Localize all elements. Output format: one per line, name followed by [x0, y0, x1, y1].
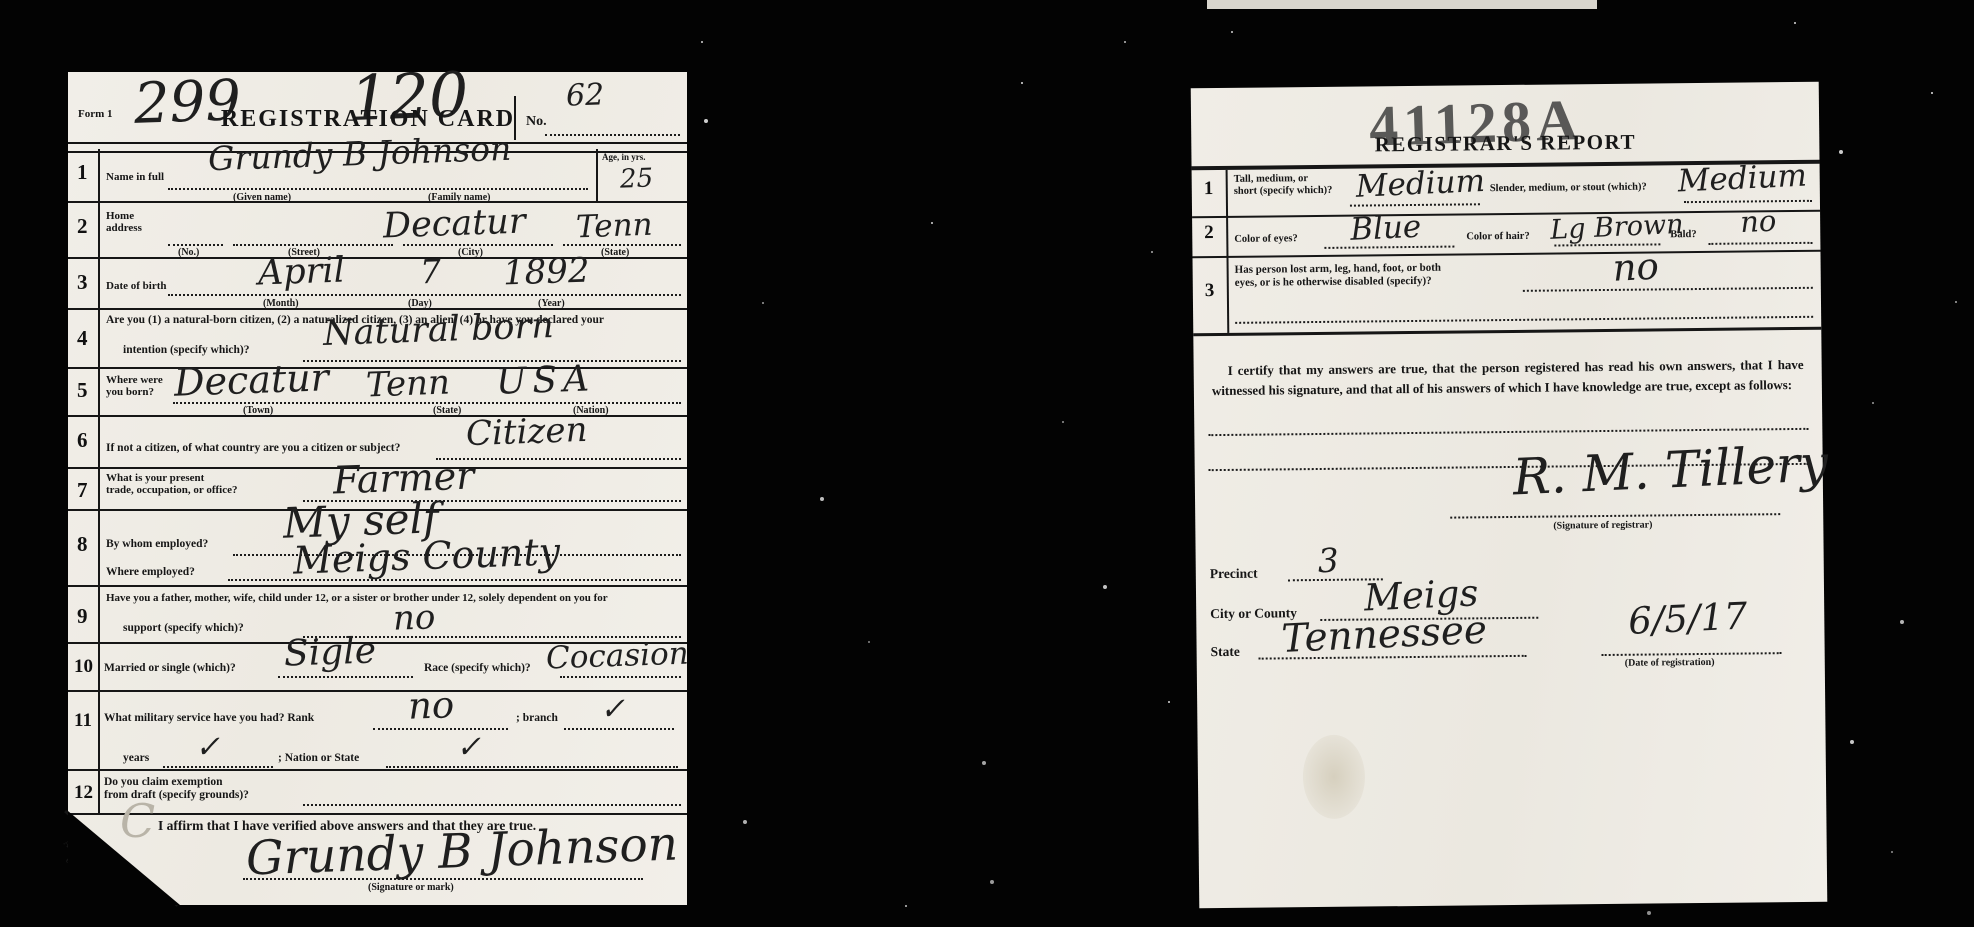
form-number-label: Form 1	[78, 108, 113, 120]
rule-line	[68, 308, 687, 310]
date-of-registration-sublabel: (Date of registration)	[1625, 657, 1715, 669]
not-citizen-question: If not a citizen, of what country are yo…	[106, 442, 400, 454]
rule-line	[1193, 327, 1821, 337]
exemption-label-line1: Do you claim exemption	[104, 776, 223, 788]
rule-line	[386, 766, 678, 768]
question-number: 11	[74, 710, 92, 732]
military-service-rank-label: What military service have you had? Rank	[104, 712, 314, 724]
rule-line	[168, 244, 223, 246]
question-number: 10	[74, 656, 93, 678]
rule-line	[514, 96, 516, 140]
rule-line	[1523, 287, 1813, 292]
rule-line	[68, 257, 687, 259]
height-label-line2: short (specify which)?	[1234, 185, 1333, 197]
registration-date-answer: 6/5/17	[1627, 594, 1748, 642]
rule-line	[545, 134, 680, 136]
rule-line	[1602, 652, 1782, 656]
disability-answer: no	[1612, 245, 1660, 290]
race-label: Race (specify which)?	[424, 662, 531, 674]
race-answer: Cocasion	[545, 636, 689, 677]
home-label: Home	[106, 210, 134, 222]
rule-line	[98, 149, 100, 813]
age-answer: 25	[619, 163, 653, 194]
rank-answer: no	[407, 683, 455, 728]
trade-label-line1: What is your present	[106, 472, 204, 484]
rule-line	[1226, 170, 1230, 333]
signature-of-registrar-sublabel: (Signature of registrar)	[1553, 520, 1652, 532]
rule-line	[68, 690, 687, 692]
married-single-label: Married or single (which)?	[104, 662, 236, 674]
scanned-document-background: Form 1 299 120 REGISTRATION CARD No. 62 …	[0, 0, 1974, 927]
birth-nation-answer: USA	[495, 358, 595, 402]
height-answer: Medium	[1355, 163, 1486, 205]
birth-month-answer: April	[257, 250, 345, 293]
question-number: 5	[77, 378, 88, 403]
rule-line	[373, 728, 508, 730]
adjacent-card-edge	[1207, 0, 1597, 9]
dependents-answer: no	[392, 597, 436, 638]
nation-or-state-answer: ✓	[455, 730, 481, 766]
rule-line	[1208, 428, 1808, 436]
report-question-number: 1	[1204, 178, 1214, 200]
where-born-label-line2: you born?	[106, 386, 154, 398]
card-number-label: No.	[526, 114, 547, 130]
question-number: 12	[74, 782, 93, 804]
question-number: 2	[77, 214, 88, 239]
rule-line	[564, 728, 674, 730]
address-label: address	[106, 222, 142, 234]
married-single-answer: Sigle	[283, 630, 376, 674]
question-number: 6	[77, 428, 88, 453]
birth-town-answer: Decatur	[173, 355, 329, 404]
hair-color-label: Color of hair?	[1466, 231, 1530, 243]
years-label: years	[123, 752, 149, 764]
rule-line	[1684, 200, 1812, 203]
rule-line	[68, 769, 687, 771]
date-of-birth-label: Date of birth	[106, 280, 167, 292]
rule-line	[68, 585, 687, 587]
rule-line	[1708, 242, 1812, 245]
height-label-line1: Tall, medium, or	[1234, 173, 1308, 185]
nation-or-state-label: ; Nation or State	[278, 752, 359, 764]
build-answer: Medium	[1677, 158, 1808, 200]
registrars-report-card: 41128A REGISTRAR'S REPORT 1 Tall, medium…	[1191, 82, 1828, 909]
report-question-number: 3	[1205, 280, 1215, 302]
hair-color-answer: Lg Brown	[1550, 209, 1685, 246]
handwritten-card-number: 62	[565, 77, 604, 113]
eye-color-answer: Blue	[1349, 209, 1422, 248]
birth-state-answer: Tenn	[365, 363, 450, 406]
disability-question-line2: eyes, or is he otherwise disabled (speci…	[1235, 275, 1432, 289]
state-answer: Tennessee	[1281, 608, 1488, 662]
where-born-label-line1: Where were	[106, 374, 163, 386]
citizenship-answer: Natural born	[322, 306, 554, 354]
question-number: 4	[77, 326, 88, 351]
rule-line	[1192, 250, 1820, 259]
rule-line	[1235, 316, 1813, 324]
eye-color-label: Color of eyes?	[1234, 233, 1297, 245]
where-employed-label: Where employed?	[106, 566, 195, 578]
dependents-question-line2: support (specify which)?	[123, 622, 244, 634]
registrar-signature: R. M. Tillery	[1512, 434, 1830, 506]
question-number: 9	[77, 604, 88, 629]
rule-line	[168, 188, 588, 190]
rule-line	[1192, 210, 1820, 219]
question-number: 8	[77, 532, 88, 557]
build-label: Slender, medium, or stout (which)?	[1490, 182, 1647, 195]
birth-year-answer: 1892	[502, 251, 590, 294]
home-city-answer: Decatur	[382, 202, 526, 247]
question-number: 3	[77, 270, 88, 295]
rule-line	[68, 201, 687, 203]
torn-corner-cut	[68, 811, 180, 905]
home-state-answer: Tenn	[575, 207, 653, 246]
disability-question-line1: Has person lost arm, leg, hand, foot, or…	[1235, 262, 1441, 276]
rule-line	[278, 676, 413, 678]
rule-line	[68, 415, 687, 417]
name-label: Name in full	[106, 171, 164, 183]
rule-line	[560, 676, 681, 678]
rule-line	[1450, 513, 1780, 518]
paper-smudge	[1303, 735, 1366, 820]
dependents-question-line1: Have you a father, mother, wife, child u…	[106, 592, 608, 604]
rule-line	[233, 244, 393, 246]
rule-line	[163, 766, 273, 768]
film-grain-speckles	[0, 0, 2, 2]
bald-answer: no	[1739, 204, 1777, 240]
not-citizen-answer: Citizen	[465, 410, 588, 454]
birth-day-answer: 7	[419, 252, 441, 292]
bald-label: Bald?	[1670, 229, 1696, 240]
report-title: REGISTRAR'S REPORT	[1305, 129, 1705, 158]
citizenship-question-line2: intention (specify which)?	[123, 344, 250, 356]
by-whom-employed-label: By whom employed?	[106, 538, 208, 550]
report-question-number: 2	[1204, 222, 1214, 244]
rule-line	[596, 149, 598, 201]
where-employed-answer: Meigs County	[292, 529, 560, 582]
registration-card: Form 1 299 120 REGISTRATION CARD No. 62 …	[68, 72, 687, 905]
branch-answer: ✓	[599, 692, 625, 728]
rule-line	[168, 294, 681, 296]
branch-label: ; branch	[516, 712, 558, 724]
name-answer: Grundy B Johnson	[207, 129, 511, 179]
question-number: 1	[77, 160, 88, 185]
years-answer: ✓	[194, 730, 220, 766]
rule-line	[303, 360, 681, 362]
rule-line	[303, 804, 681, 806]
state-label: State	[1211, 644, 1240, 660]
trade-label-line2: trade, occupation, or office?	[106, 484, 237, 496]
age-label: Age, in yrs.	[602, 152, 646, 162]
registrar-certification-statement: I certify that my answers are true, that…	[1212, 355, 1804, 400]
precinct-answer: 3	[1317, 540, 1340, 580]
rule-line	[243, 878, 643, 880]
signature-or-mark-sublabel: (Signature or mark)	[368, 882, 454, 893]
precinct-label: Precinct	[1210, 566, 1258, 582]
question-number: 7	[77, 478, 88, 503]
